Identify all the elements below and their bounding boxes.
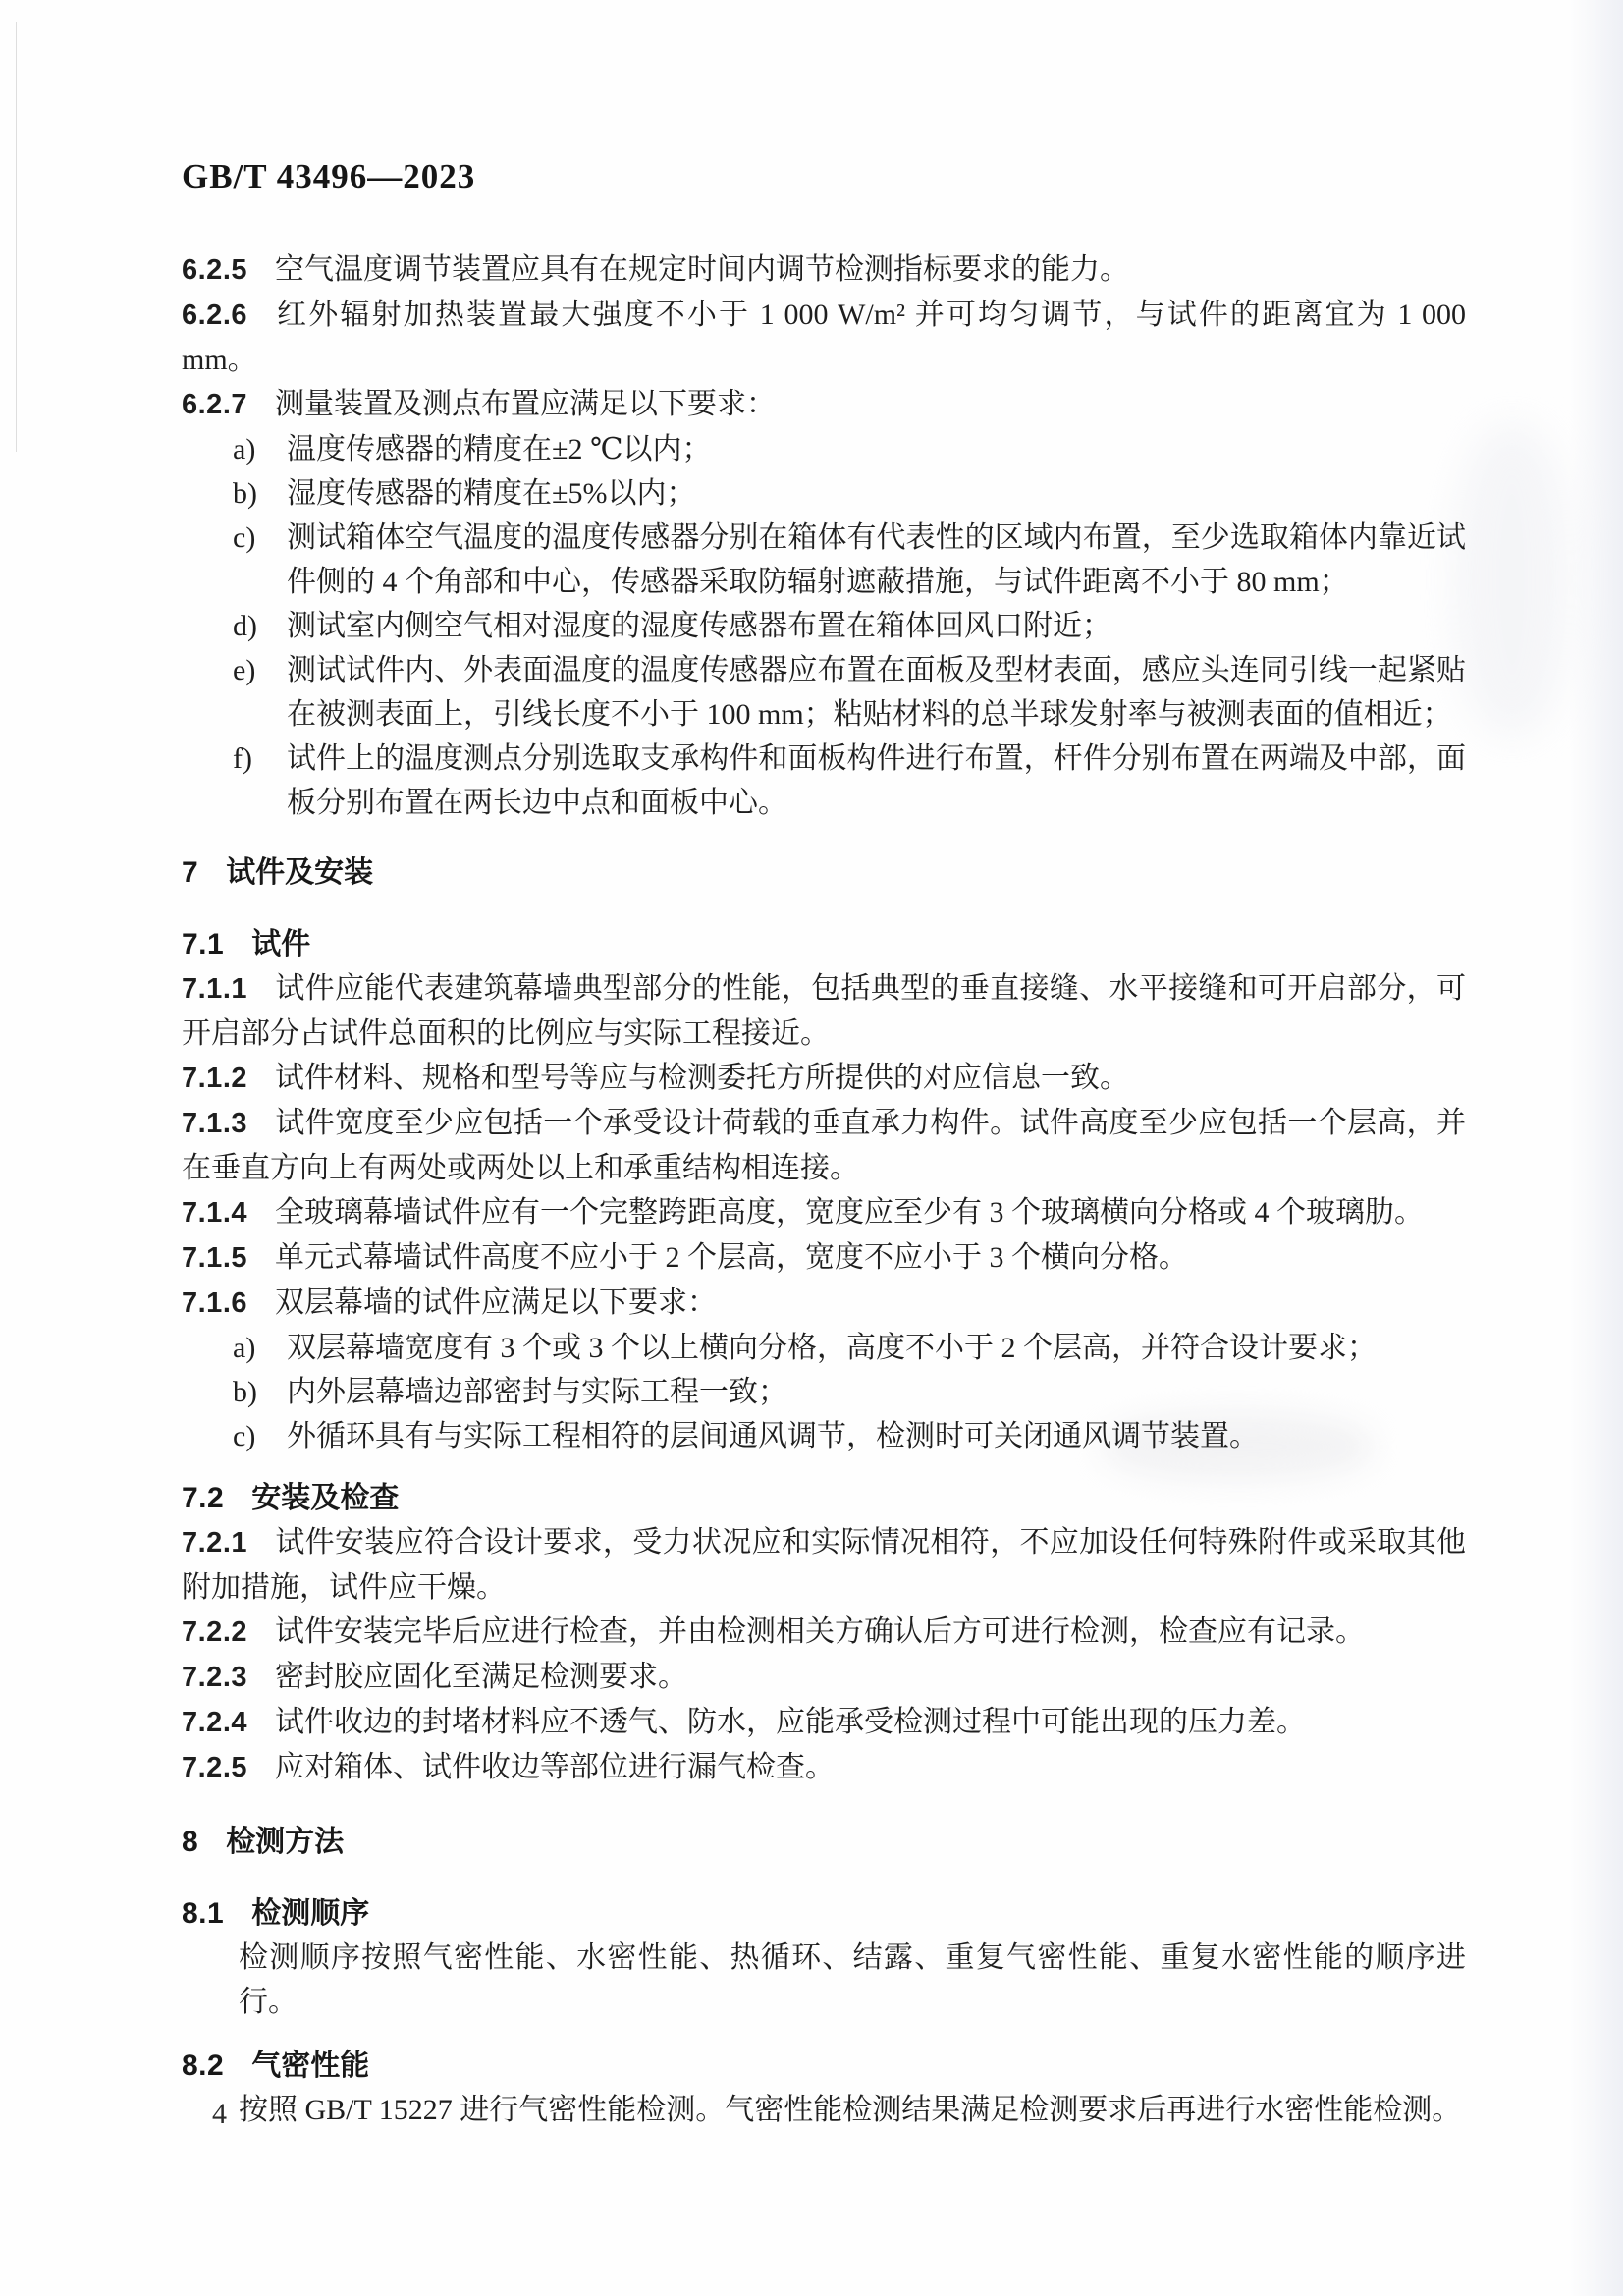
clause-6-2-5: 6.2.5空气温度调节装置应具有在规定时间内调节检测指标要求的能力。 (182, 247, 1466, 293)
clause-number: 7.2.3 (182, 1662, 247, 1693)
clause-7-2-4: 7.2.4试件收边的封堵材料应不透气、防水，应能承受检测过程中可能出现的压力差。 (182, 1700, 1466, 1745)
subsection-heading-8-2: 8.2气密性能 (182, 2044, 1466, 2088)
list-text: 内外层幕墙边部密封与实际工程一致； (287, 1376, 787, 1408)
list-text: 湿度传感器的精度在±5%以内； (287, 477, 695, 510)
clause-text: 红外辐射加热装置最大强度不小于 1 000 W/m² 并可均匀调节，与试件的距离… (182, 299, 1466, 376)
clause-7-1-5: 7.1.5单元式幕墙试件高度不应小于 2 个层高，宽度不应小于 3 个横向分格。 (182, 1235, 1466, 1281)
clause-number: 7.1.3 (182, 1108, 247, 1139)
list-text: 测试箱体空气温度的温度传感器分别在箱体有代表性的区域内布置，至少选取箱体内靠近试… (287, 521, 1466, 598)
clause-7-2-2: 7.2.2试件安装完毕后应进行检查，并由检测相关方确认后方可进行检测，检查应有记… (182, 1610, 1466, 1655)
list-item-a: a)温度传感器的精度在±2 ℃以内； (182, 427, 1466, 471)
subsection-title: 安装及检查 (251, 1482, 399, 1514)
clause-text: 全玻璃幕墙试件应有一个完整跨距高度，宽度应至少有 3 个玻璃横向分格或 4 个玻… (275, 1196, 1424, 1229)
paragraph-8-1: 检测顺序按照气密性能、水密性能、热循环、结露、重复气密性能、重复水密性能的顺序进… (182, 1936, 1466, 2024)
list-item-c: c)外循环具有与实际工程相符的层间通风调节，检测时可关闭通风调节装置。 (182, 1414, 1466, 1458)
clause-text: 单元式幕墙试件高度不应小于 2 个层高，宽度不应小于 3 个横向分格。 (275, 1241, 1188, 1274)
list-item-a: a)双层幕墙宽度有 3 个或 3 个以上横向分格，高度不小于 2 个层高，并符合… (182, 1326, 1466, 1370)
subsection-heading-7-2: 7.2安装及检查 (182, 1476, 1466, 1520)
clause-number: 7.2.5 (182, 1752, 247, 1783)
clause-7-2-1: 7.2.1试件安装应符合设计要求，受力状况应和实际情况相符，不应加设任何特殊附件… (182, 1520, 1466, 1610)
list-marker: d) (233, 604, 257, 648)
list-item-e: e)测试试件内、外表面温度的温度传感器应布置在面板及型材表面，感应头连同引线一起… (182, 648, 1466, 737)
subsection-number: 7.1 (182, 928, 224, 960)
list-marker: a) (233, 1326, 255, 1370)
subsection-number: 8.1 (182, 1897, 224, 1930)
clause-number: 6.2.7 (182, 389, 247, 420)
clause-text: 试件应能代表建筑幕墙典型部分的性能，包括典型的垂直接缝、水平接缝和可开启部分，可… (182, 972, 1466, 1050)
clause-number: 6.2.6 (182, 300, 247, 331)
clause-7-1-6: 7.1.6双层幕墙的试件应满足以下要求： (182, 1281, 1466, 1326)
list-marker: f) (233, 737, 252, 781)
list-text: 外循环具有与实际工程相符的层间通风调节，检测时可关闭通风调节装置。 (287, 1420, 1259, 1452)
clause-number: 7.2.4 (182, 1707, 247, 1738)
clause-text: 双层幕墙的试件应满足以下要求： (275, 1286, 717, 1319)
list-marker: a) (233, 427, 255, 471)
section-heading-7: 7试件及安装 (182, 850, 1466, 895)
list-marker: c) (233, 1414, 255, 1458)
subsection-heading-7-1: 7.1试件 (182, 922, 1466, 966)
list-text: 试件上的温度测点分别选取支承构件和面板构件进行布置，杆件分别布置在两端及中部，面… (287, 742, 1466, 819)
scan-artifact-left-line (16, 22, 17, 452)
clause-7-1-3: 7.1.3试件宽度至少应包括一个承受设计荷载的垂直承力构件。试件高度至少应包括一… (182, 1101, 1466, 1190)
clause-7-1-1: 7.1.1试件应能代表建筑幕墙典型部分的性能，包括典型的垂直接缝、水平接缝和可开… (182, 966, 1466, 1056)
paragraph-8-2: 按照 GB/T 15227 进行气密性能检测。气密性能检测结果满足检测要求后再进… (182, 2088, 1466, 2132)
section-number: 7 (182, 856, 198, 889)
clause-number: 7.1.5 (182, 1242, 247, 1274)
clause-6-2-7: 6.2.7测量装置及测点布置应满足以下要求： (182, 382, 1466, 427)
scan-artifact-smudge-2 (1453, 422, 1571, 737)
subsection-title: 试件 (251, 928, 310, 960)
clause-number: 6.2.5 (182, 254, 247, 286)
clause-text: 试件安装完毕后应进行检查，并由检测相关方确认后方可进行检测，检查应有记录。 (275, 1615, 1365, 1648)
clause-number: 7.2.2 (182, 1616, 247, 1648)
list-item-d: d)测试室内侧空气相对湿度的湿度传感器布置在箱体回风口附近； (182, 604, 1466, 648)
section-number: 8 (182, 1826, 198, 1858)
subsection-number: 8.2 (182, 2050, 224, 2082)
clause-text: 试件安装应符合设计要求，受力状况应和实际情况相符，不应加设任何特殊附件或采取其他… (182, 1526, 1466, 1604)
list-marker: c) (233, 516, 255, 560)
clause-7-1-4: 7.1.4全玻璃幕墙试件应有一个完整跨距高度，宽度应至少有 3 个玻璃横向分格或… (182, 1190, 1466, 1235)
clause-number: 7.1.6 (182, 1287, 247, 1319)
clause-text: 空气温度调节装置应具有在规定时间内调节检测指标要求的能力。 (275, 253, 1129, 286)
list-text: 测试室内侧空气相对湿度的湿度传感器布置在箱体回风口附近； (287, 610, 1111, 642)
clause-7-2-5: 7.2.5应对箱体、试件收边等部位进行漏气检查。 (182, 1745, 1466, 1790)
scan-artifact-right-band (1566, 0, 1623, 2296)
list-item-b: b)湿度传感器的精度在±5%以内； (182, 471, 1466, 516)
clause-number: 7.1.1 (182, 973, 247, 1005)
list-text: 测试试件内、外表面温度的温度传感器应布置在面板及型材表面，感应头连同引线一起紧贴… (287, 654, 1466, 731)
standard-number-header: GB/T 43496—2023 (182, 157, 475, 196)
list-item-b: b)内外层幕墙边部密封与实际工程一致； (182, 1370, 1466, 1414)
clause-7-1-2: 7.1.2试件材料、规格和型号等应与检测委托方所提供的对应信息一致。 (182, 1056, 1466, 1101)
clause-text: 试件宽度至少应包括一个承受设计荷载的垂直承力构件。试件高度至少应包括一个层高，并… (182, 1107, 1466, 1184)
clause-text: 密封胶应固化至满足检测要求。 (275, 1661, 687, 1693)
list-item-c: c)测试箱体空气温度的温度传感器分别在箱体有代表性的区域内布置，至少选取箱体内靠… (182, 516, 1466, 604)
section-heading-8: 8检测方法 (182, 1820, 1466, 1864)
list-text: 温度传感器的精度在±2 ℃以内； (287, 433, 712, 465)
clause-number: 7.1.2 (182, 1063, 247, 1094)
section-title: 检测方法 (226, 1826, 344, 1858)
subsection-title: 气密性能 (251, 2050, 369, 2082)
page-content: 6.2.5空气温度调节装置应具有在规定时间内调节检测指标要求的能力。 6.2.6… (182, 247, 1466, 2132)
clause-7-2-3: 7.2.3密封胶应固化至满足检测要求。 (182, 1655, 1466, 1700)
clause-number: 7.1.4 (182, 1197, 247, 1229)
subsection-title: 检测顺序 (251, 1897, 369, 1930)
clause-text: 测量装置及测点布置应满足以下要求： (275, 388, 776, 420)
clause-text: 试件材料、规格和型号等应与检测委托方所提供的对应信息一致。 (275, 1062, 1129, 1094)
section-title: 试件及安装 (226, 856, 373, 889)
list-text: 双层幕墙宽度有 3 个或 3 个以上横向分格，高度不小于 2 个层高，并符合设计… (287, 1332, 1377, 1364)
list-marker: b) (233, 471, 257, 516)
list-item-f: f)试件上的温度测点分别选取支承构件和面板构件进行布置，杆件分别布置在两端及中部… (182, 737, 1466, 825)
clause-text: 应对箱体、试件收边等部位进行漏气检查。 (275, 1751, 835, 1783)
subsection-heading-8-1: 8.1检测顺序 (182, 1891, 1466, 1936)
clause-number: 7.2.1 (182, 1527, 247, 1558)
clause-text: 试件收边的封堵材料应不透气、防水，应能承受检测过程中可能出现的压力差。 (275, 1706, 1306, 1738)
document-page: GB/T 43496—2023 6.2.5空气温度调节装置应具有在规定时间内调节… (0, 0, 1623, 2296)
subsection-number: 7.2 (182, 1482, 224, 1514)
clause-6-2-6: 6.2.6红外辐射加热装置最大强度不小于 1 000 W/m² 并可均匀调节，与… (182, 293, 1466, 382)
list-marker: b) (233, 1370, 257, 1414)
page-number: 4 (212, 2098, 227, 2131)
list-marker: e) (233, 648, 255, 692)
